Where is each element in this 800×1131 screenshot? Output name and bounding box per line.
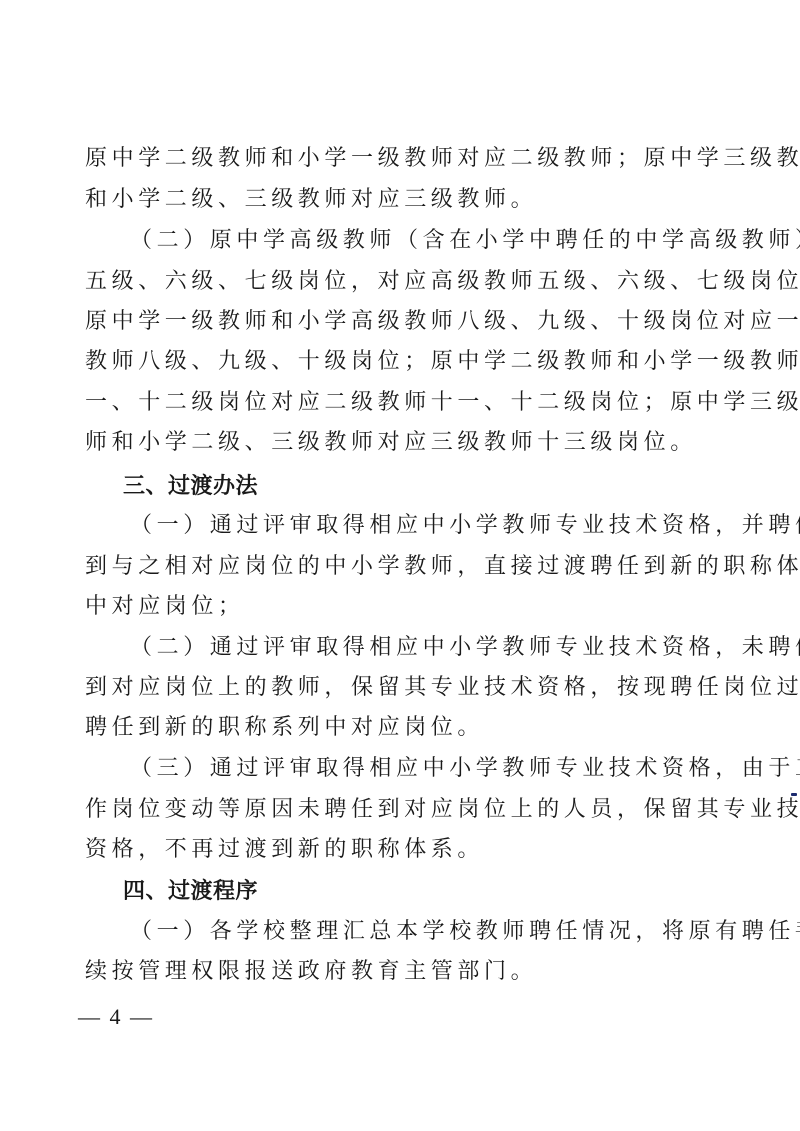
paragraph-line: 资格，不再过渡到新的职称体系。: [85, 835, 484, 865]
paragraph-line: （二）通过评审取得相应中小学教师专业技术资格，未聘任: [130, 633, 800, 663]
paragraph-line: （一）各学校整理汇总本学校教师聘任情况，将原有聘任手: [130, 917, 800, 947]
paragraph-line: 教师八级、九级、十级岗位；原中学二级教师和小学一级教师十: [85, 347, 800, 377]
paragraph-line: 和小学二级、三级教师对应三级教师。: [85, 185, 537, 215]
paragraph-line: 作岗位变动等原因未聘任到对应岗位上的人员，保留其专业技术: [85, 795, 800, 825]
document-page: 原中学二级教师和小学一级教师对应二级教师；原中学三级教师 和小学二级、三级教师对…: [0, 0, 800, 1131]
paragraph-line: 原中学二级教师和小学一级教师对应二级教师；原中学三级教师: [85, 144, 800, 174]
section-heading: 三、过渡办法: [123, 472, 258, 502]
paragraph-line: 中对应岗位；: [85, 592, 245, 622]
paragraph-line: （三）通过评审取得相应中小学教师专业技术资格，由于工: [130, 754, 800, 784]
paragraph-line: 原中学一级教师和小学高级教师八级、九级、十级岗位对应一级: [85, 307, 800, 337]
paragraph-line: 一、十二级岗位对应二级教师十一、十二级岗位；原中学三级教: [85, 388, 800, 418]
paragraph-line: 到对应岗位上的教师，保留其专业技术资格，按现聘任岗位过渡: [85, 673, 800, 703]
scan-artifact-mark: [791, 793, 797, 796]
paragraph-line: （一）通过评审取得相应中小学教师专业技术资格，并聘任: [130, 511, 800, 541]
paragraph-line: 五级、六级、七级岗位，对应高级教师五级、六级、七级岗位；: [85, 267, 800, 297]
paragraph-line: （二）原中学高级教师（含在小学中聘任的中学高级教师）: [130, 226, 800, 256]
paragraph-line: 聘任到新的职称系列中对应岗位。: [85, 713, 484, 743]
page-number: — 4 —: [78, 1004, 154, 1030]
paragraph-line: 师和小学二级、三级教师对应三级教师十三级岗位。: [85, 428, 697, 458]
section-heading: 四、过渡程序: [123, 877, 258, 907]
paragraph-line: 到与之相对应岗位的中小学教师，直接过渡聘任到新的职称体系: [85, 552, 800, 582]
paragraph-line: 续按管理权限报送政府教育主管部门。: [85, 957, 537, 987]
